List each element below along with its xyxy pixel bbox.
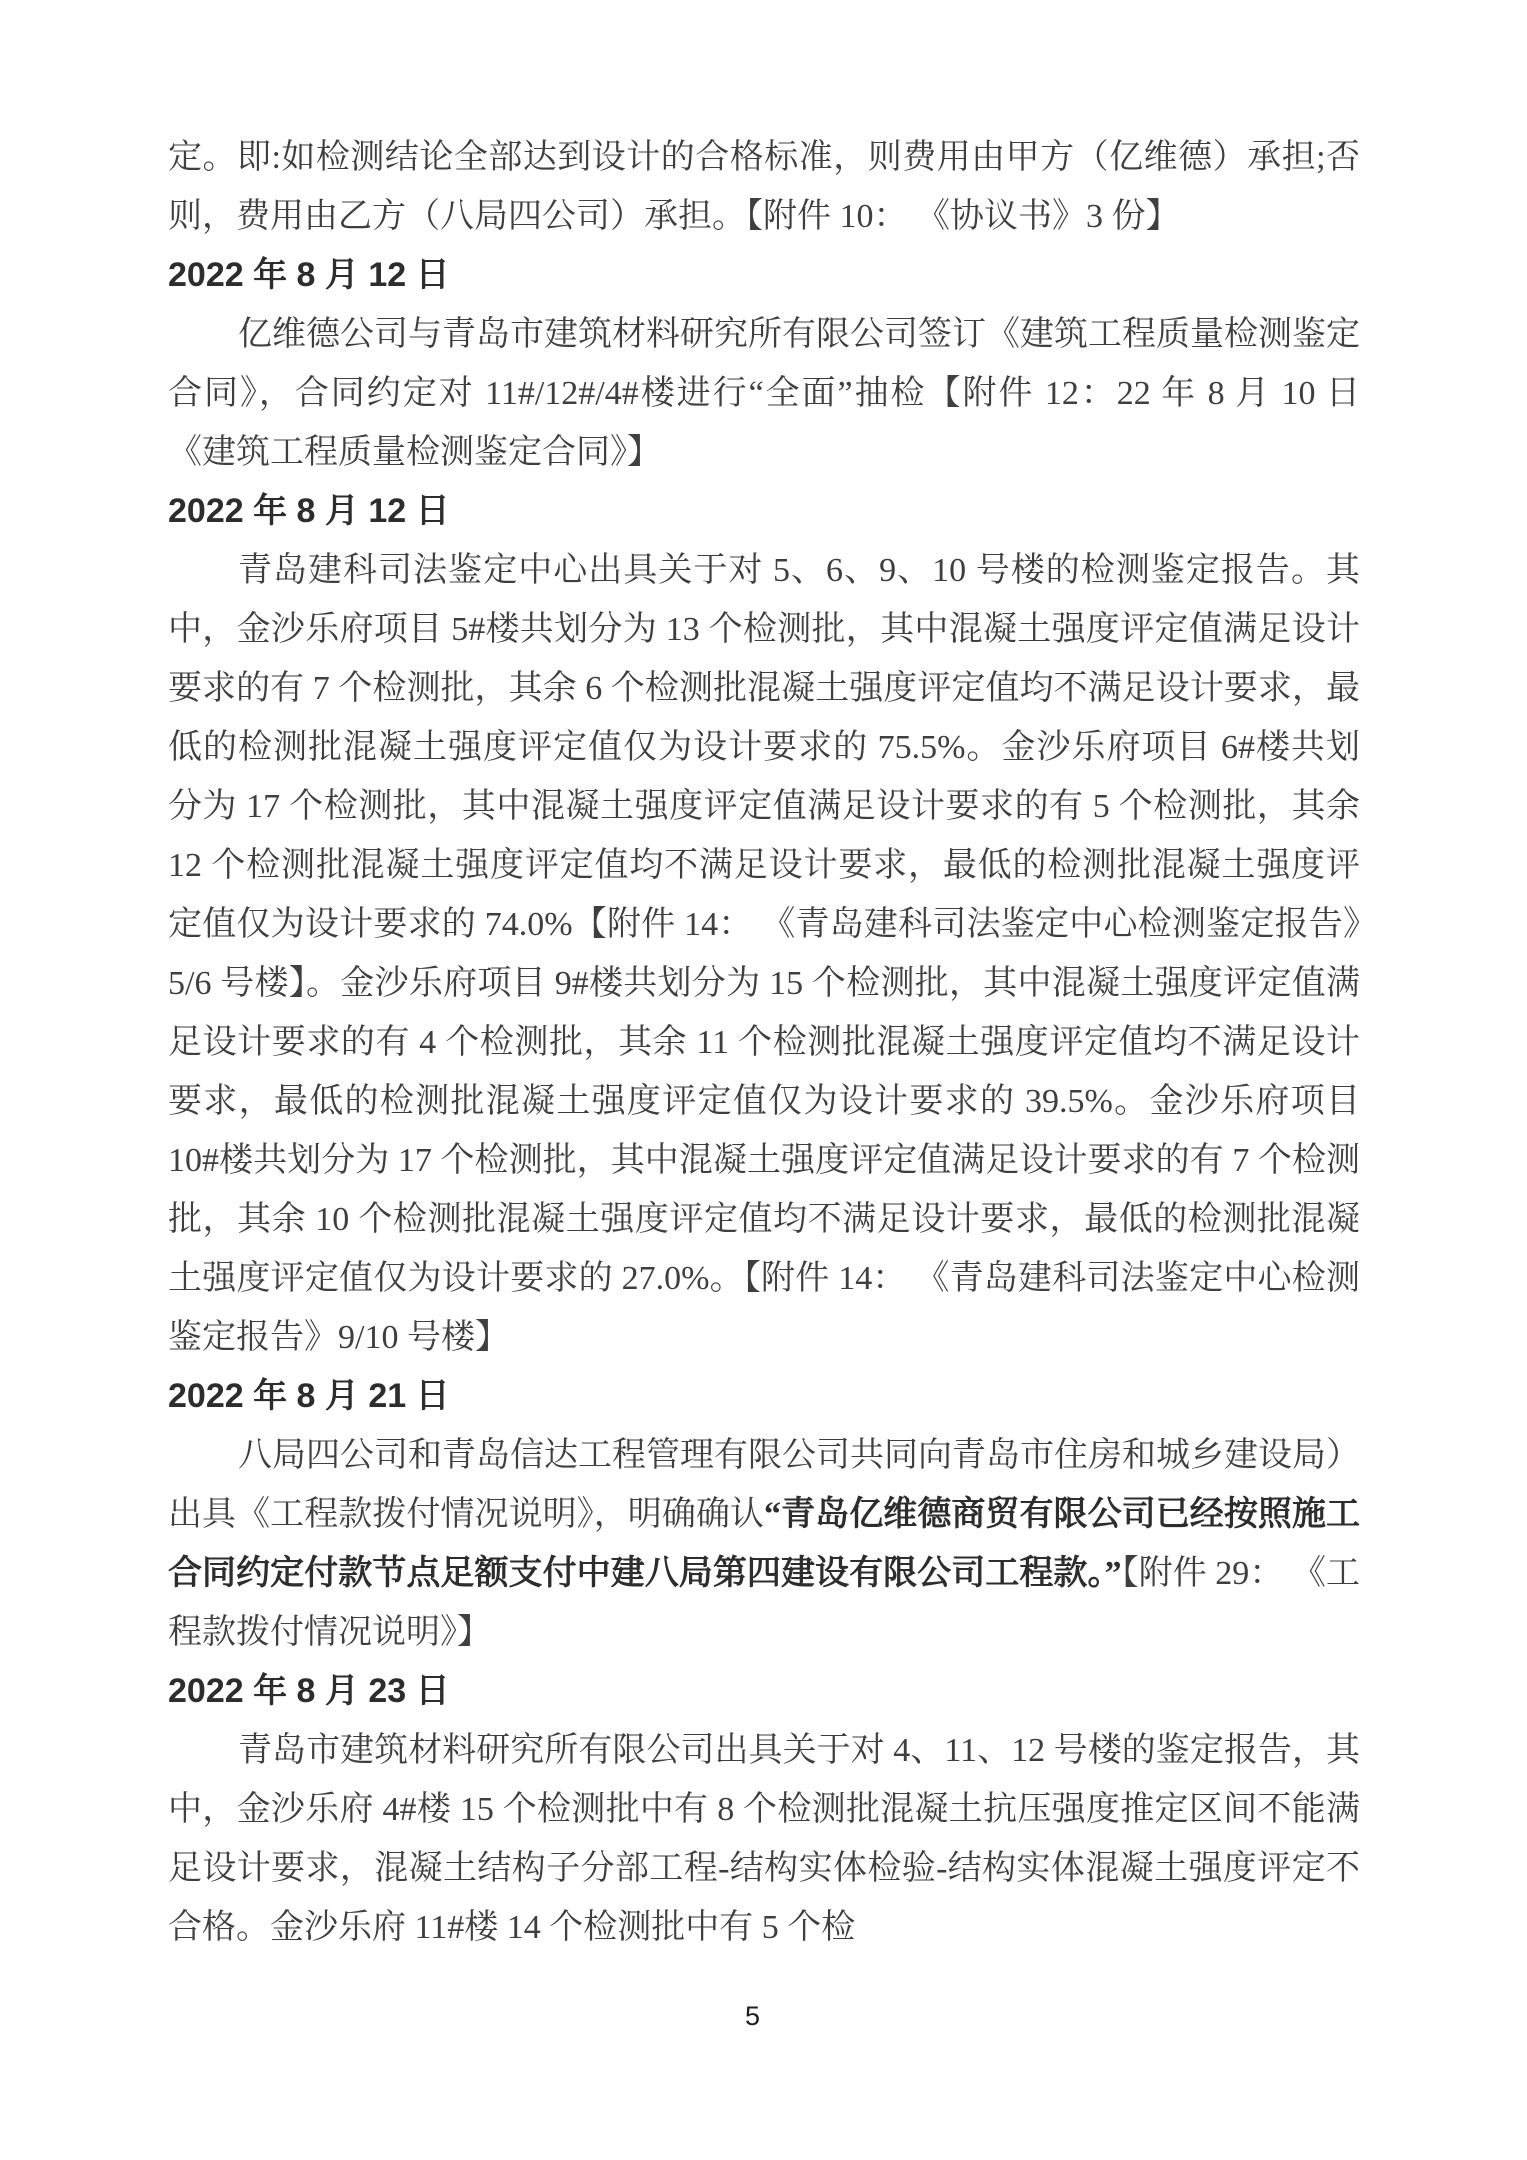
- document-body: 定。即:如检测结论全部达到设计的合格标准，则费用由甲方（亿维德）承担;否则，费用…: [168, 128, 1360, 1957]
- paragraph: 青岛市建筑材料研究所有限公司出具关于对 4、11、12 号楼的鉴定报告，其中，金…: [168, 1721, 1360, 1957]
- date-heading: 2022 年 8 月 12 日: [168, 482, 1360, 541]
- page-number: 5: [0, 2000, 1505, 2032]
- body-text: 亿维德公司与青岛市建筑材料研究所有限公司签订《建筑工程质量检测鉴定合同》，合同约…: [168, 316, 1360, 471]
- date-heading: 2022 年 8 月 23 日: [168, 1662, 1360, 1721]
- body-text: 青岛建科司法鉴定中心出具关于对 5、6、9、10 号楼的检测鉴定报告。其中，金沙…: [168, 552, 1360, 1356]
- paragraph: 八局四公司和青岛信达工程管理有限公司共同向青岛市住房和城乡建设局）出具《工程款拨…: [168, 1426, 1360, 1662]
- body-text: 青岛市建筑材料研究所有限公司出具关于对 4、11、12 号楼的鉴定报告，其中，金…: [168, 1732, 1360, 1946]
- body-text: 定。即:如检测结论全部达到设计的合格标准，则费用由甲方（亿维德）承担;否则，费用…: [168, 139, 1360, 235]
- paragraph: 青岛建科司法鉴定中心出具关于对 5、6、9、10 号楼的检测鉴定报告。其中，金沙…: [168, 541, 1360, 1367]
- date-heading: 2022 年 8 月 21 日: [168, 1367, 1360, 1426]
- paragraph: 定。即:如检测结论全部达到设计的合格标准，则费用由甲方（亿维德）承担;否则，费用…: [168, 128, 1360, 246]
- date-heading: 2022 年 8 月 12 日: [168, 246, 1360, 305]
- paragraph: 亿维德公司与青岛市建筑材料研究所有限公司签订《建筑工程质量检测鉴定合同》，合同约…: [168, 305, 1360, 482]
- document-page: 定。即:如检测结论全部达到设计的合格标准，则费用由甲方（亿维德）承担;否则，费用…: [0, 0, 1527, 2160]
